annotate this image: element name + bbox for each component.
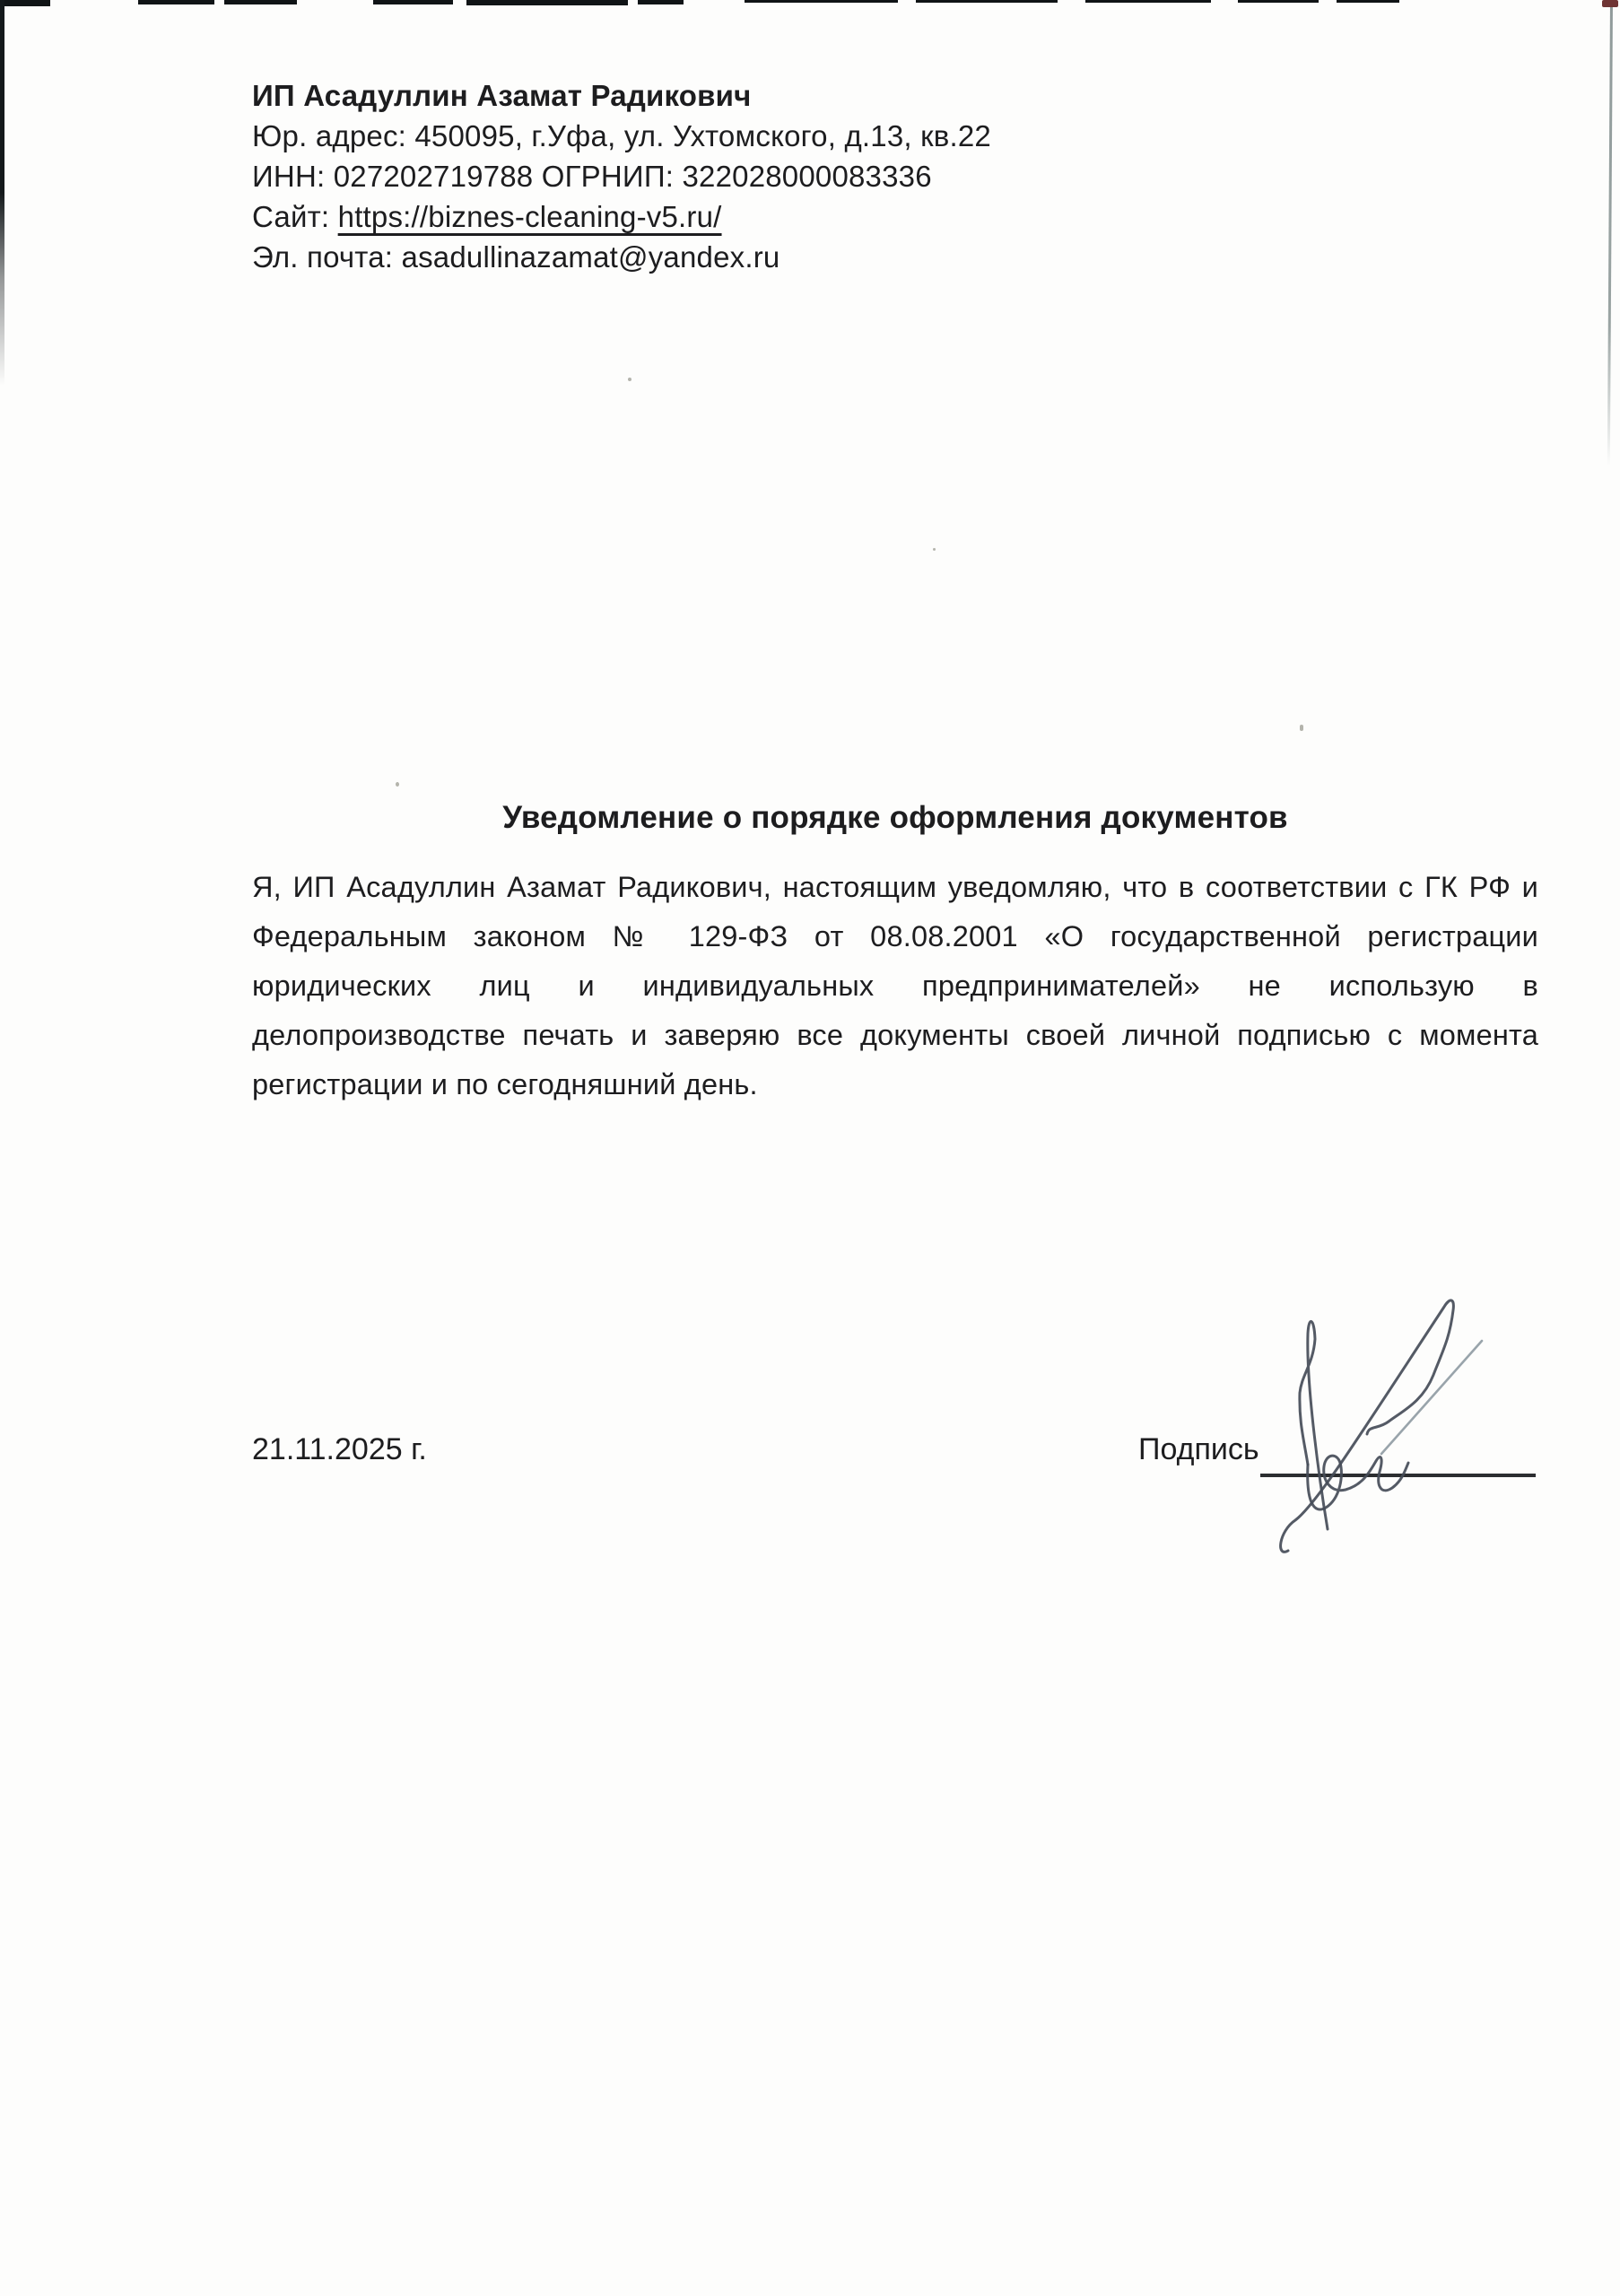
scan-artifact-top-edge <box>373 0 453 4</box>
company-email-line: Эл. почта: asadullinazamat@yandex.ru <box>252 237 991 277</box>
scanned-document-page: ИП Асадуллин Азамат Радикович Юр. адрес:… <box>0 0 1620 2296</box>
company-inn-ogrnip: ИНН: 027202719788 ОГРНИП: 32202800008333… <box>252 156 991 196</box>
company-address: Юр. адрес: 450095, г.Уфа, ул. Ухтомского… <box>252 116 991 156</box>
scan-speck <box>396 782 399 787</box>
site-label: Сайт: <box>252 200 338 233</box>
scan-artifact-top-edge <box>0 0 50 6</box>
body-paragraph: Я, ИП Асадуллин Азамат Радикович, настоя… <box>252 863 1538 1109</box>
scan-artifact-corner-mark <box>1602 0 1618 7</box>
scan-speck <box>933 548 936 551</box>
scan-speck <box>628 378 631 381</box>
handwritten-signature <box>1254 1289 1541 1567</box>
letterhead: ИП Асадуллин Азамат Радикович Юр. адрес:… <box>252 75 991 277</box>
document-title: Уведомление о порядке оформления докумен… <box>252 800 1538 836</box>
scan-artifact-top-edge <box>916 0 1058 3</box>
signature-label: Подпись <box>1138 1432 1259 1466</box>
company-site-line: Сайт: https://biznes-cleaning-v5.ru/ <box>252 196 991 237</box>
body-line: делопроизводстве печать и заверяю все до… <box>252 1011 1538 1060</box>
document-date: 21.11.2025 г. <box>252 1432 427 1467</box>
site-url-text: https://biznes-cleaning-v5.ru/ <box>338 200 722 233</box>
scan-artifact-left-edge <box>0 0 4 386</box>
scan-artifact-top-edge <box>1238 0 1319 3</box>
scan-artifact-top-edge <box>745 0 898 3</box>
email-text: asadullinazamat@yandex.ru <box>402 240 780 274</box>
scan-artifact-right-line <box>1607 0 1613 466</box>
scan-artifact-top-edge <box>138 0 214 4</box>
company-name: ИП Асадуллин Азамат Радикович <box>252 75 991 116</box>
email-label: Эл. почта: <box>252 240 402 274</box>
body-line: юридических лиц и индивидуальных предпри… <box>252 961 1538 1011</box>
scan-artifact-top-edge <box>466 0 628 5</box>
body-line: Федеральным законом № 129-ФЗ от 08.08.20… <box>252 912 1538 961</box>
scan-speck <box>1300 725 1303 731</box>
body-line: регистрации и по сегодняшний день. <box>252 1060 1538 1109</box>
scan-artifact-top-edge <box>1337 0 1399 3</box>
scan-artifact-top-edge <box>1085 0 1211 3</box>
scan-artifact-top-edge <box>224 0 297 4</box>
body-line: Я, ИП Асадуллин Азамат Радикович, настоя… <box>252 863 1538 912</box>
scan-artifact-top-edge <box>638 0 684 4</box>
